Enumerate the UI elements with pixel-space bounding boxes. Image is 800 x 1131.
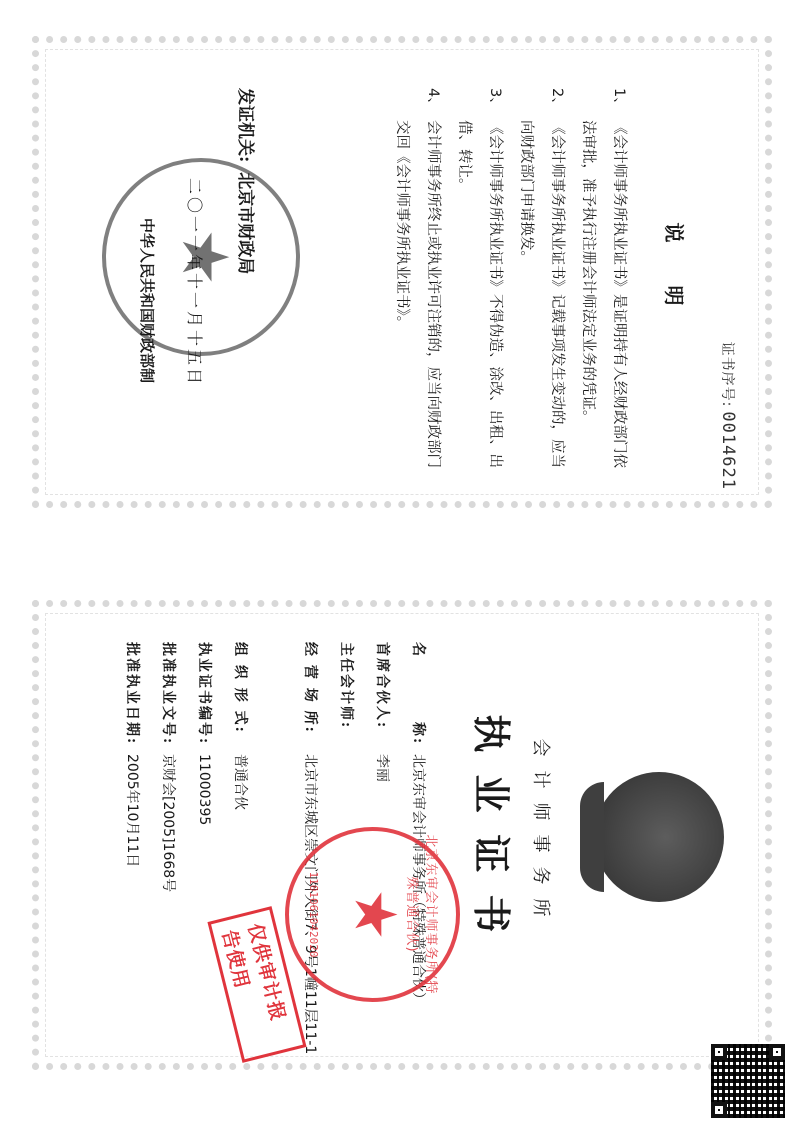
field-label: 批准执业文号:: [156, 642, 180, 754]
star-icon: ★: [347, 889, 405, 941]
field-label: 组 织 形 式:: [228, 642, 252, 754]
firm-red-seal: 北京东审会计师事务所(特殊普通合伙) ★ 1101061042020: [285, 827, 460, 1002]
issuer-block: 发证机关:北京市财政局 二〇一一年十一月十五日 中华人民共和国财政部制: [137, 88, 260, 508]
field-value: 11000395: [192, 754, 216, 1062]
serial-number-line: 证书序号:0014621: [718, 342, 738, 490]
field-cert-number: 执业证书编号: 11000395: [192, 642, 216, 1062]
note-index: 4、: [386, 88, 448, 120]
field-label: 执业证书编号:: [192, 642, 216, 754]
note-item: 3、 《会计师事务所执业证书》不得伪造、涂改、出租、出借、转让。: [448, 88, 510, 468]
explanation-page: 证书序号:0014621 说 明 1、 《会计师事务所执业证书》是证明持有人经财…: [44, 48, 760, 498]
field-label: 经 营 场 所:: [298, 642, 322, 754]
note-index: 3、: [448, 88, 510, 120]
certificate-subtitle: 会计师事务所: [529, 612, 555, 1057]
maker-text: 中华人民共和国财政部制: [137, 88, 158, 508]
qr-code-icon: [711, 1044, 785, 1118]
field-label: 批准执业日期:: [120, 642, 144, 754]
certificate-title: 执业证书: [467, 612, 522, 1057]
note-text: 《会计师事务所执业证书》记载事项发生变动的，应当向财政部门申请换发。: [510, 120, 572, 468]
issue-date: 二〇一一年十一月十五日: [184, 88, 207, 508]
qr-finder-icon: [711, 1044, 727, 1060]
field-label: 名 称:: [406, 642, 430, 754]
field-label: 主任会计师:: [334, 642, 358, 754]
note-text: 会计师事务所终止或执业许可注销的，应当向财政部门交回《会计师事务所执业证书》。: [386, 120, 448, 468]
certificate-page: 会计师事务所 执业证书 名 称: 北京东审会计师事务所（特殊普通合伙） 首席合伙…: [44, 612, 760, 1057]
note-text: 《会计师事务所执业证书》不得伪造、涂改、出租、出借、转让。: [448, 120, 510, 468]
qr-finder-icon: [711, 1102, 727, 1118]
explanation-title: 说 明: [661, 48, 690, 498]
explanation-notes: 1、 《会计师事务所执业证书》是证明持有人经财政部门依法审批，准予执行注册会计师…: [386, 88, 634, 468]
serial-number: 0014621: [718, 411, 738, 490]
serial-label: 证书序号:: [719, 342, 735, 408]
field-value: 京财会[2005]1668号: [156, 754, 180, 1062]
field-label: 首席合伙人:: [370, 642, 394, 754]
note-item: 1、 《会计师事务所执业证书》是证明持有人经财政部门依法审批，准予执行注册会计师…: [572, 88, 634, 468]
note-index: 1、: [572, 88, 634, 120]
issuer-label: 发证机关:: [235, 88, 255, 162]
national-emblem-icon: [594, 772, 724, 902]
qr-finder-icon: [769, 1044, 785, 1060]
note-text: 《会计师事务所执业证书》是证明持有人经财政部门依法审批，准予执行注册会计师法定业…: [572, 120, 634, 468]
note-item: 4、 会计师事务所终止或执业许可注销的，应当向财政部门交回《会计师事务所执业证书…: [386, 88, 448, 468]
field-approval-date: 批准执业日期: 2005年10月11日: [120, 642, 144, 1062]
field-approval-doc: 批准执业文号: 京财会[2005]1668号: [156, 642, 180, 1062]
seal-code: 1101061042020: [307, 831, 320, 998]
note-index: 2、: [510, 88, 572, 120]
issuer-name: 北京市财政局: [235, 172, 255, 274]
note-item: 2、 《会计师事务所执业证书》记载事项发生变动的，应当向财政部门申请换发。: [510, 88, 572, 468]
field-value: 2005年10月11日: [120, 754, 144, 1062]
